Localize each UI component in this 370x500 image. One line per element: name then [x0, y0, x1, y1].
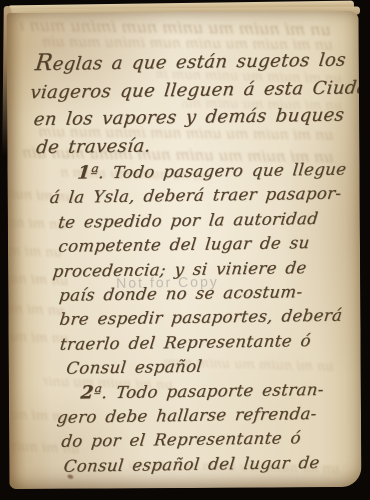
body-line: Consul español [65, 353, 351, 382]
manuscript-photo: un mi nuim mu unim num iminu mun uim nim… [0, 0, 370, 500]
title-line: Reglas a que están sugetos los [33, 45, 361, 79]
title-line: en los vapores y demás buques [32, 101, 361, 134]
manuscript-page: un mi nuim mu unim num iminu mun uim nim… [7, 11, 362, 489]
manuscript-body: 1ª. Todo pasagero que llegue á la Ysla, … [56, 158, 350, 480]
handwriting-layer: Reglas a que están sugetos los viageros … [7, 11, 362, 489]
body-line: competente del lugar de su [57, 231, 349, 260]
manuscript-title: Reglas a que están sugetos los viageros … [33, 45, 361, 161]
title-line: de travesía. [35, 129, 362, 162]
body-line: Consul español del lugar de [62, 450, 352, 479]
